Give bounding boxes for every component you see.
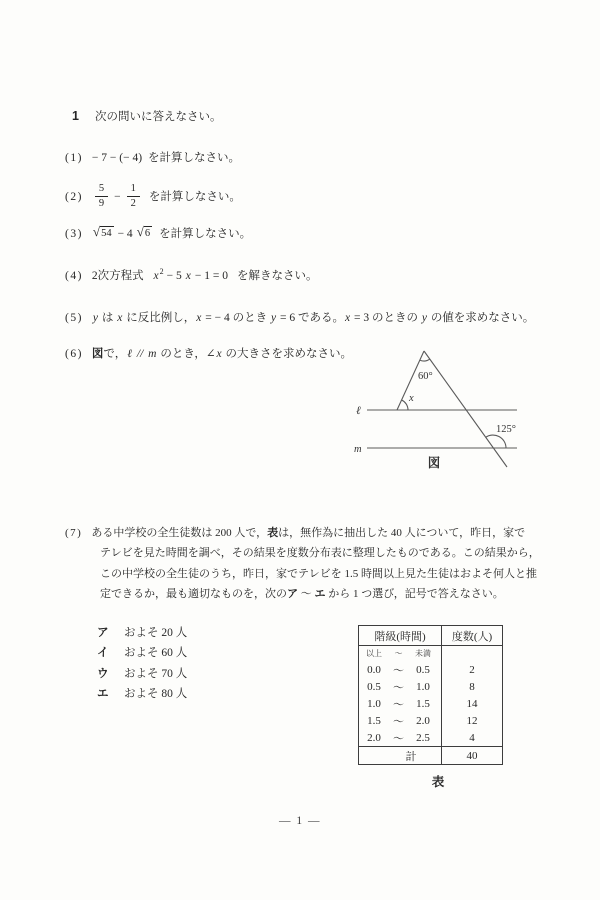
figure-caption: 図 bbox=[428, 455, 441, 470]
class-to: 0.5 bbox=[408, 664, 438, 676]
radical-sign: √ bbox=[137, 225, 144, 239]
question-7: (7)ある中学校の全生徒数は 200 人で，表は，無作為に抽出した 40 人につ… bbox=[65, 523, 551, 605]
question-7-text: から 1 つ選び，記号で答えなさい。 bbox=[326, 588, 504, 600]
class-to: 1.5 bbox=[408, 698, 438, 710]
variable-x: x bbox=[344, 312, 351, 324]
parallel-symbol: // bbox=[133, 348, 147, 360]
choice-letter-d: エ bbox=[315, 588, 326, 600]
question-7-text: は，無作為に抽出した 40 人について，昨日，家で bbox=[278, 527, 525, 539]
radical-2-value: 6 bbox=[144, 226, 152, 241]
frequency-table: 階級(時間) 度数(人) 以上～未満 0.0～0.5 2 0.5～1.0 8 1… bbox=[358, 625, 503, 765]
question-3: (3)√54− 4√6を計算しなさい。 bbox=[65, 225, 251, 241]
question-1-label: (1) bbox=[65, 152, 83, 164]
frequency-cell: 12 bbox=[442, 712, 502, 729]
question-2-text: を計算しなさい。 bbox=[149, 191, 241, 203]
frequency-cell: 2 bbox=[442, 661, 502, 678]
question-7-text: 定できるか，最も適切なものを，次の bbox=[100, 588, 287, 600]
fraction-2: 12 bbox=[127, 183, 140, 209]
option-a: アおよそ 20 人 bbox=[97, 622, 187, 642]
figure-reference: 図 bbox=[92, 348, 104, 360]
question-7-label: (7) bbox=[65, 527, 82, 539]
question-5-text: = 6 である。 bbox=[277, 312, 344, 324]
question-4-text: を解きなさい。 bbox=[237, 270, 318, 282]
option-e-letter: エ bbox=[97, 685, 124, 701]
variable-x: x bbox=[185, 270, 192, 282]
apex-angle-label: 60° bbox=[418, 371, 433, 382]
question-7-line-4: 定できるか，最も適切なものを，次のア ～ エ から 1 つ選び，記号で答えなさい… bbox=[65, 584, 551, 604]
table-header-row: 階級(時間) 度数(人) bbox=[359, 626, 502, 646]
table-row: 0.0～0.5 2 bbox=[359, 661, 502, 678]
line-m-symbol: m bbox=[147, 348, 157, 360]
subheader-to: 未満 bbox=[408, 648, 438, 659]
geometry-figure: 60° x 125° ℓ m 図 bbox=[348, 334, 532, 476]
option-a-text: およそ 20 人 bbox=[124, 624, 187, 640]
line-m-label: m bbox=[354, 444, 362, 455]
frequency-cell: 4 bbox=[442, 729, 502, 746]
option-i-text: およそ 60 人 bbox=[124, 644, 187, 660]
line-l-label: ℓ bbox=[356, 405, 361, 417]
question-5: (5)y は x に反比例し，x = − 4 のとき y = 6 である。x =… bbox=[65, 309, 534, 325]
subheader-from: 以上 bbox=[359, 648, 389, 659]
class-cell: 1.0～1.5 bbox=[359, 695, 442, 712]
tilde: ～ bbox=[389, 696, 408, 712]
problem-number: 1 bbox=[72, 109, 79, 123]
tilde: ～ bbox=[389, 679, 408, 695]
class-to: 2.5 bbox=[408, 732, 438, 744]
frequency-cell: 14 bbox=[442, 695, 502, 712]
subheader-cell: 以上～未満 bbox=[359, 646, 442, 661]
fraction-1-denominator: 9 bbox=[95, 196, 108, 210]
option-u-text: およそ 70 人 bbox=[124, 665, 187, 681]
line-l-symbol: ℓ bbox=[126, 348, 133, 360]
question-6-label: (6) bbox=[65, 348, 83, 360]
option-a-letter: ア bbox=[97, 624, 124, 640]
question-7-text: ある中学校の全生徒数は 200 人で， bbox=[91, 527, 267, 539]
question-4-prefix: 2次方程式 bbox=[92, 270, 144, 282]
tilde: ～ bbox=[389, 662, 408, 678]
total-label-cell: 計 bbox=[359, 747, 442, 764]
problem-heading-text: 次の問いに答えなさい。 bbox=[95, 111, 222, 123]
radical-1-value: 54 bbox=[100, 226, 114, 241]
table-row: 1.5～2.0 12 bbox=[359, 712, 502, 729]
radical-1: √54 bbox=[93, 226, 114, 241]
table-row: 0.5～1.0 8 bbox=[359, 678, 502, 695]
class-header-cell: 階級(時間) bbox=[359, 626, 442, 645]
question-4: (4)2次方程式 x2− 5x− 1 = 0を解きなさい。 bbox=[65, 267, 318, 283]
choice-letter-a: ア bbox=[287, 588, 298, 600]
table-total-row: 計 40 bbox=[359, 746, 502, 764]
question-7-text: テレビを見た時間を調べ，その結果を度数分布表に整理したものである。この結果から， bbox=[100, 547, 540, 559]
question-6-text: の大きさを求めなさい。 bbox=[223, 348, 352, 360]
fraction-1-numerator: 5 bbox=[95, 183, 108, 196]
page-number: — 1 — bbox=[0, 815, 600, 827]
class-from: 1.0 bbox=[359, 698, 389, 710]
option-e-text: およそ 80 人 bbox=[124, 685, 187, 701]
class-cell: 1.5～2.0 bbox=[359, 712, 442, 729]
tilde: ～ bbox=[389, 648, 408, 659]
option-i: イおよそ 60 人 bbox=[97, 642, 187, 662]
fraction-2-denominator: 2 bbox=[127, 196, 140, 210]
question-5-text: = 3 のときの bbox=[351, 312, 421, 324]
total-frequency-cell: 40 bbox=[442, 747, 502, 764]
table-row: 2.0～2.5 4 bbox=[359, 729, 502, 746]
question-1: (1)− 7 − (− 4)を計算しなさい。 bbox=[65, 149, 240, 165]
fraction-2-numerator: 1 bbox=[127, 183, 140, 196]
question-1-text: を計算しなさい。 bbox=[148, 152, 240, 164]
table-row: 1.0～1.5 14 bbox=[359, 695, 502, 712]
exam-page: 1次の問いに答えなさい。 (1)− 7 − (− 4)を計算しなさい。 (2)5… bbox=[0, 0, 600, 900]
question-7-line-1: (7)ある中学校の全生徒数は 200 人で，表は，無作為に抽出した 40 人につ… bbox=[65, 523, 551, 543]
class-from: 1.5 bbox=[359, 715, 389, 727]
class-from: 0.0 bbox=[359, 664, 389, 676]
equation-middle: − 5 bbox=[164, 270, 185, 282]
tilde: ～ bbox=[389, 730, 408, 746]
question-5-label: (5) bbox=[65, 312, 83, 324]
frequency-header-cell: 度数(人) bbox=[442, 626, 502, 645]
subheader-empty-cell bbox=[442, 646, 502, 661]
answer-options: アおよそ 20 人 イおよそ 60 人 ウおよそ 70 人 エおよそ 80 人 bbox=[97, 622, 187, 703]
x-angle-arc bbox=[402, 400, 408, 410]
question-3-middle: − 4 bbox=[115, 228, 136, 240]
class-from: 0.5 bbox=[359, 681, 389, 693]
problem-heading: 1次の問いに答えなさい。 bbox=[72, 108, 221, 124]
question-1-expression: − 7 − (− 4) bbox=[92, 152, 142, 164]
class-to: 2.0 bbox=[408, 715, 438, 727]
question-2-label: (2) bbox=[65, 191, 83, 203]
question-6: (6)図で，ℓ // m のとき，∠x の大きさを求めなさい。 bbox=[65, 345, 352, 361]
minus-operator: − bbox=[111, 191, 124, 203]
angle-x-symbol: x bbox=[216, 348, 223, 360]
transversal-line bbox=[424, 351, 507, 467]
question-3-text: を計算しなさい。 bbox=[159, 228, 251, 240]
x-angle-label: x bbox=[408, 393, 414, 404]
question-7-line-3: この中学校の全生徒のうち，昨日，家でテレビを 1.5 時間以上見た生徒はおよそ何… bbox=[65, 564, 551, 584]
question-4-label: (4) bbox=[65, 270, 83, 282]
question-7-text: この中学校の全生徒のうち，昨日，家でテレビを 1.5 時間以上見た生徒はおよそ何… bbox=[100, 568, 537, 580]
variable-y: y bbox=[92, 312, 99, 324]
radical-sign: √ bbox=[93, 225, 100, 239]
class-to: 1.0 bbox=[408, 681, 438, 693]
option-i-letter: イ bbox=[97, 644, 124, 660]
question-5-text: の値を求めなさい。 bbox=[428, 312, 534, 324]
class-cell: 2.0～2.5 bbox=[359, 729, 442, 746]
table-caption: 表 bbox=[358, 772, 518, 790]
question-6-text: で， bbox=[103, 348, 126, 360]
question-2: (2)59−12を計算しなさい。 bbox=[65, 184, 241, 210]
apex-angle-arc bbox=[420, 359, 430, 361]
table-reference: 表 bbox=[267, 527, 278, 539]
question-5-text: に反比例し， bbox=[123, 312, 195, 324]
m-angle-label: 125° bbox=[496, 424, 516, 435]
frequency-cell: 8 bbox=[442, 678, 502, 695]
variable-x: x bbox=[153, 270, 160, 282]
option-u: ウおよそ 70 人 bbox=[97, 663, 187, 683]
question-5-text: は bbox=[99, 312, 116, 324]
table-subheader-row: 以上～未満 bbox=[359, 646, 502, 661]
question-7-line-2: テレビを見た時間を調べ，その結果を度数分布表に整理したものである。この結果から， bbox=[65, 543, 551, 563]
class-from: 2.0 bbox=[359, 732, 389, 744]
option-u-letter: ウ bbox=[97, 665, 124, 681]
option-e: エおよそ 80 人 bbox=[97, 683, 187, 703]
fraction-1: 59 bbox=[95, 183, 108, 209]
class-cell: 0.0～0.5 bbox=[359, 661, 442, 678]
class-cell: 0.5～1.0 bbox=[359, 678, 442, 695]
equation-tail: − 1 = 0 bbox=[192, 270, 231, 282]
tilde: ～ bbox=[389, 713, 408, 729]
question-3-label: (3) bbox=[65, 228, 83, 240]
question-7-text: ～ bbox=[298, 588, 315, 600]
question-5-text: = − 4 のとき bbox=[202, 312, 270, 324]
radical-2: √6 bbox=[137, 226, 152, 241]
question-6-text: のとき，∠ bbox=[157, 348, 215, 360]
variable-y: y bbox=[421, 312, 428, 324]
